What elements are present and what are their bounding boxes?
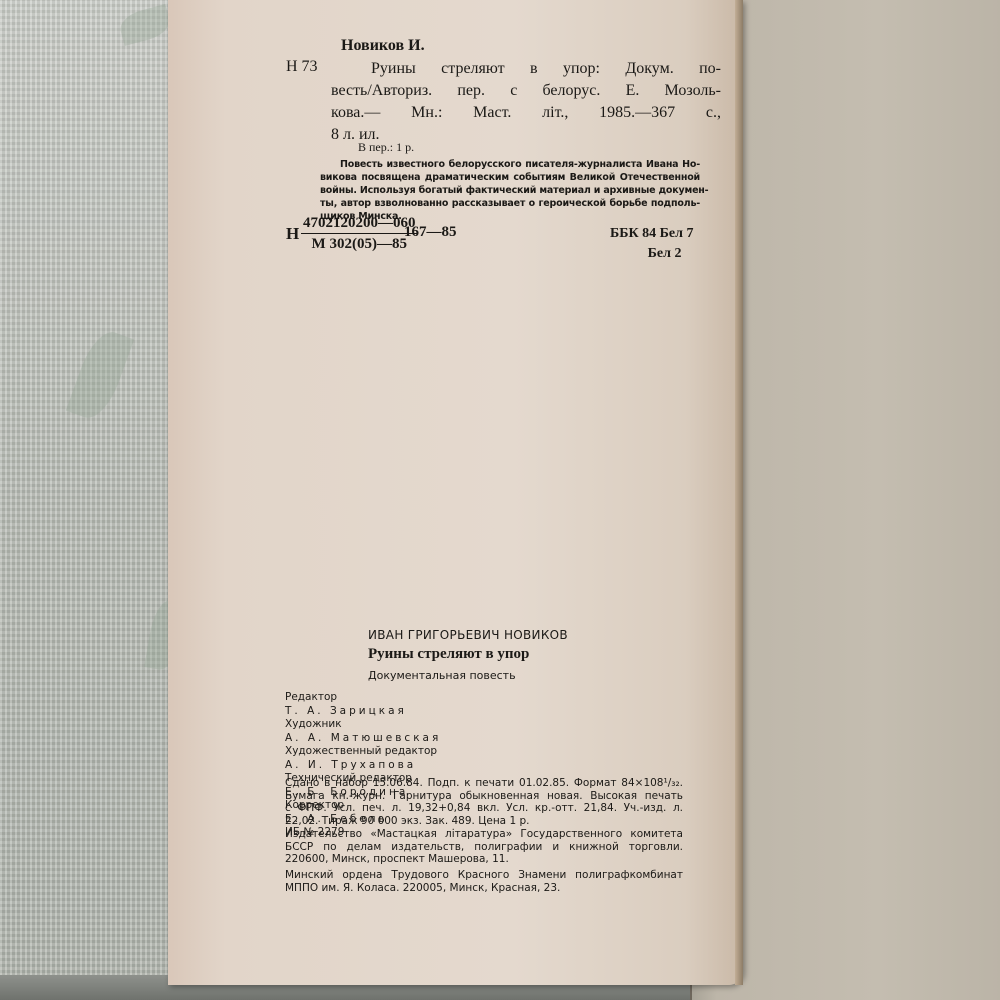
- price-line: В пер.: 1 р.: [358, 140, 414, 155]
- leaf-pattern: [117, 4, 173, 46]
- bib-line: весть/Авториз. пер. с белорус. Е. Мозоль…: [331, 80, 721, 102]
- bibliographic-description: Руины стреляют в упор: Докум. по- весть/…: [331, 58, 721, 146]
- credit-name: А. И. Трухапова: [285, 759, 441, 773]
- credit-name: Т. А. Зарицкая: [285, 705, 441, 719]
- page-edge: [735, 0, 743, 985]
- printer-line: Минский ордена Трудового Красного Знамен…: [285, 869, 683, 882]
- bbk-line-1: ББК 84 Бел 7: [610, 224, 694, 244]
- catalog-call-code: Н 73: [286, 58, 318, 76]
- publisher-line: 220600, Минск, проспект Машерова, 11.: [285, 853, 683, 866]
- bib-line: кова.— Мн.: Маст. літ., 1985.—367 с.,: [331, 102, 721, 124]
- classification-fraction: 4702120200—060 М 302(05)—85: [301, 215, 418, 253]
- credit-role: Художественный редактор: [285, 745, 441, 759]
- author-full-name: ИВАН ГРИГОРЬЕВИЧ НОВИКОВ: [368, 628, 568, 642]
- annotation-line: войны. Используя богатый фактический мат…: [320, 184, 700, 197]
- book-title: Руины стреляют в упор: [368, 646, 568, 663]
- annotation-line: ты, автор взволнованно рассказывает о ге…: [320, 197, 700, 210]
- production-info: Сдано в набор 15.06.84. Подп. к печати 0…: [285, 777, 683, 894]
- credit-artist: Художник А. А. Матюшевская: [285, 718, 441, 745]
- bib-line: Руины стреляют в упор: Докум. по-: [331, 58, 721, 80]
- printer-line: МППО им. Я. Коласа. 220005, Минск, Красн…: [285, 882, 683, 895]
- book-page: Новиков И. Н 73 Руины стреляют в упор: Д…: [168, 0, 743, 985]
- classification-suffix: 167—85: [404, 224, 457, 241]
- leaf-pattern: [66, 326, 134, 424]
- credit-art-editor: Художественный редактор А. И. Трухапова: [285, 745, 441, 772]
- catalog-author-heading: Новиков И.: [341, 37, 425, 55]
- production-line: Бумага кн.-журн. Гарнитура обыкновенная …: [285, 790, 683, 803]
- annotation-line: викова посвящена драматическим событиям …: [320, 171, 700, 184]
- bbk-line-2: Бел 2: [610, 244, 694, 264]
- production-line: 22,02. Тираж 90 000 экз. Зак. 489. Цена …: [285, 815, 683, 828]
- credit-name: А. А. Матюшевская: [285, 732, 441, 746]
- imprint-header: ИВАН ГРИГОРЬЕВИЧ НОВИКОВ Руины стреляют …: [368, 628, 568, 682]
- credit-editor: Редактор Т. А. Зарицкая: [285, 691, 441, 718]
- credit-role: Редактор: [285, 691, 441, 705]
- annotation-line: Повесть известного белорусского писателя…: [320, 158, 700, 171]
- book-genre: Документальная повесть: [368, 669, 568, 682]
- production-line: Сдано в набор 15.06.84. Подп. к печати 0…: [285, 777, 683, 790]
- publisher-line: Издательство «Мастацкая літаратура» Госу…: [285, 828, 683, 841]
- classification-prefix: Н: [286, 224, 299, 244]
- bbk-index: ББК 84 Бел 7 Бел 2: [610, 224, 694, 264]
- classification-denominator: М 302(05)—85: [301, 234, 418, 253]
- annotation: Повесть известного белорусского писателя…: [320, 158, 700, 223]
- production-line: с ФПФ. Усл. печ. л. 19,32+0,84 вкл. Усл.…: [285, 802, 683, 815]
- classification-numerator: 4702120200—060: [301, 215, 418, 234]
- credit-role: Художник: [285, 718, 441, 732]
- publisher-line: БССР по делам издательств, полиграфии и …: [285, 841, 683, 854]
